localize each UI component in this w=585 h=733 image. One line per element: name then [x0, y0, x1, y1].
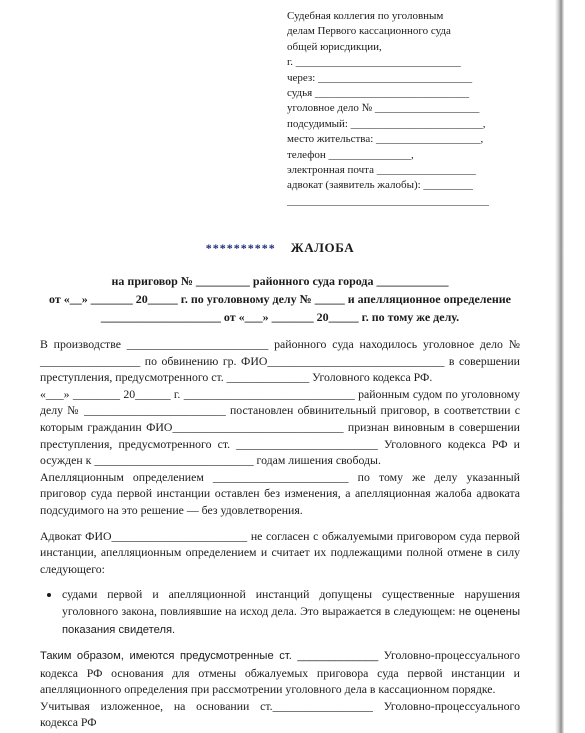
subject-line: ____________________ от «___» _______ 20… [40, 308, 520, 326]
recipient-city-field: г. ______________________________ [287, 55, 507, 70]
page-edge-shadow [555, 0, 564, 733]
paragraph-appeal-ruling: Апелляционным определением _____________… [40, 469, 520, 519]
recipient-residence-field: место жительства: ___________________, [287, 132, 507, 147]
paragraph-request-basis: Учитывая изложенное, на основании ст.___… [40, 698, 520, 731]
title-word: ЖАЛОБА [291, 240, 354, 255]
recipient-via-field: через: ____________________________ [287, 71, 507, 86]
recipient-block: Судебная коллегия по уголовным делам Пер… [287, 9, 507, 206]
subject-line: на приговор № _________ районного суда г… [40, 272, 520, 290]
recipient-underline [287, 205, 489, 206]
recipient-defendant-field: подсудимый: ________________________, [287, 117, 507, 132]
bullet-item: судами первой и апелляционной инстанций … [61, 586, 520, 638]
document-page: Судебная коллегия по уголовным делам Пер… [0, 0, 585, 733]
paragraph-conclusion: Таким образом, имеются предусмотренные с… [40, 647, 520, 698]
conclusion-intro: Таким образом, имеются предусмотренные с… [40, 650, 378, 662]
recipient-case-number-field: уголовное дело № ___________________ [287, 101, 507, 116]
paragraph-case-history: В производстве ________________________ … [40, 336, 520, 386]
recipient-advocate-field: адвокат (заявитель жалобы): _________ [287, 178, 507, 193]
recipient-judge-field: судья ____________________________ [287, 86, 507, 101]
document-title: **********ЖАЛОБА [0, 240, 560, 256]
recipient-line: общей юрисдикции, [287, 40, 507, 55]
recipient-email-field: электронная почта __________________ [287, 163, 507, 178]
recipient-line: делам Первого кассационного суда [287, 24, 507, 39]
paragraph-verdict: «___» ________ 20______ г. _____________… [40, 386, 520, 469]
grounds-list: судами первой и апелляционной инстанций … [40, 586, 520, 638]
recipient-line: Судебная коллегия по уголовным [287, 9, 507, 24]
body-text: В производстве ________________________ … [40, 336, 520, 731]
recipient-phone-field: телефон _______________, [287, 148, 507, 163]
bullet-text: судами первой и апелляционной инстанций … [62, 587, 520, 618]
subject-line: от «__» _______ 20_____ г. по уголовному… [40, 290, 520, 308]
title-asterisks: ********** [206, 241, 276, 255]
subject-block: на приговор № _________ районного суда г… [40, 272, 520, 326]
paragraph-disagreement: Адвокат ФИО_______________________ не со… [40, 528, 520, 578]
